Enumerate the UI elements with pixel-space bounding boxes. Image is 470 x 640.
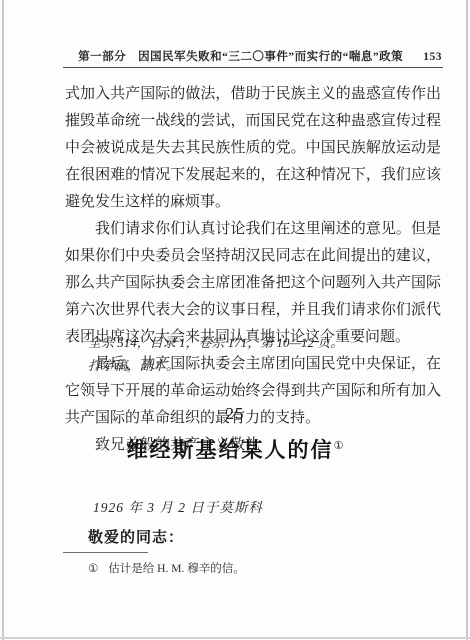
- page-number: 153: [417, 51, 442, 63]
- scan-edge-bottom: [0, 637, 470, 639]
- dateline: 1926 年 3 月 2 日于莫斯科: [93, 496, 263, 516]
- header-rule: [63, 67, 443, 68]
- archive-source-note: 全宗 514，目录 1，卷宗 171，第 10—12 页。 打字稿，副本。: [88, 331, 438, 377]
- document-title: 维经斯基给某人的信①: [0, 434, 470, 464]
- salutation: 敬爱的同志：: [88, 526, 184, 547]
- document-number: 25: [0, 404, 470, 424]
- scan-edge-left: [2, 0, 4, 640]
- letter-body: 式加入共产国际的做法，借助于民族主义的蛊惑宣传作出摧毁革命统一战线的尝试，而国民…: [65, 81, 441, 459]
- section-title: 第一部分 因国民军失败和“三二〇事件”而实行的“喘息”政策: [64, 48, 417, 64]
- footnote-marker: ①: [88, 563, 98, 575]
- body-paragraph-1: 式加入共产国际的做法，借助于民族主义的蛊惑宣传作出摧毁革命统一战线的尝试，而国民…: [65, 81, 441, 216]
- footnote-divider: [63, 552, 148, 553]
- footnote-text: 估计是给 Н. М. 穆辛的信。: [108, 563, 244, 575]
- archive-note-line-2: 打字稿，副本。: [88, 354, 438, 377]
- footnote: ①估计是给 Н. М. 穆辛的信。: [88, 561, 428, 577]
- document-title-text: 维经斯基给某人的信: [127, 438, 334, 462]
- footnote-reference: ①: [334, 440, 344, 452]
- scanned-book-page: 第一部分 因国民军失败和“三二〇事件”而实行的“喘息”政策 153 式加入共产国…: [0, 0, 470, 640]
- running-head: 第一部分 因国民军失败和“三二〇事件”而实行的“喘息”政策 153: [64, 48, 442, 64]
- archive-note-line-1: 全宗 514，目录 1，卷宗 171，第 10—12 页。: [88, 331, 438, 354]
- scan-edge-right: [466, 0, 468, 640]
